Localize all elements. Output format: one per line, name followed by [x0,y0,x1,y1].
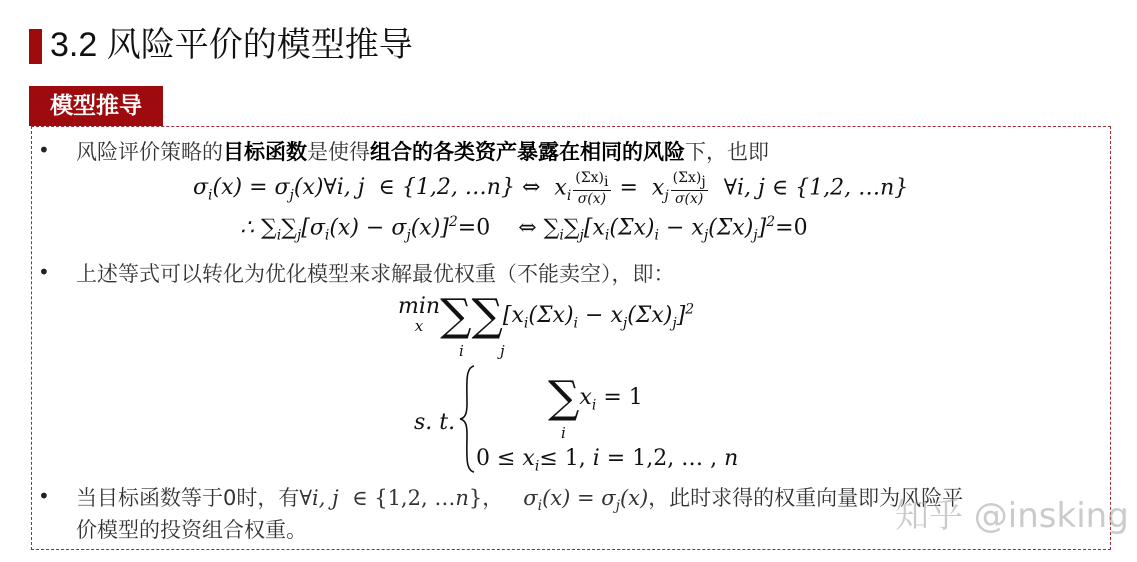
sum-index-i: i [459,342,464,360]
bullet-marker: • [38,260,50,284]
text-segment-bold: 目标函数 [223,140,307,164]
equation-2: ∴ ∑i∑j[σi(x) − σj(x)]2=0 ⇔ ∑i∑j[xi(Σx)i … [240,214,808,244]
equation-1-tail: ∀i, j ∈ {1,2, …n} [724,175,909,200]
fraction-j: (Σx)jσ(x) [671,170,708,207]
text-segment: 下，也即 [685,140,769,164]
bullet-3-line-1: 当目标函数等于0时，有∀i, j ∈ {1,2, …n}， σi(x) = σj… [76,482,963,514]
text-segment-bold: 组合的各类资产暴露在相同的风险 [370,140,685,164]
constraint-brace-icon [459,364,475,474]
text-segment: 是使得 [307,140,370,164]
watermark: 知乎 @insking [895,488,1129,537]
title-accent-bar [29,29,42,64]
page-title: 3.2 风险平价的模型推导 [50,22,413,68]
constraint-1: ∑xi = 1 [548,378,643,418]
bullet-marker: • [38,138,50,162]
section-tag: 模型推导 [29,86,163,126]
fraction-i: (Σx)iσ(x) [573,170,610,207]
bullet-marker: • [38,484,50,508]
bullet-3-line-2: 价模型的投资组合权重。 [76,514,307,544]
sum-index-j: j [500,342,505,360]
bullet-2-text: 上述等式可以转化为优化模型来求解最优权重（不能卖空），即： [76,258,675,288]
equation-1: σi(x) = σj(x)∀i, j ∈ {1,2, …n} ⇔ xi(Σx)i… [193,170,908,207]
st-label: s. t. [414,410,455,435]
constraint-1-index: i [561,424,566,442]
equation-1-left: σi(x) = σj(x)∀i, j ∈ {1,2, …n} ⇔ [193,175,554,200]
constraint-2: 0 ≤ xi≤ 1, i = 1,2, … , n [476,446,738,474]
objective-function: minx∑∑[xi(Σx)i − xj(Σx)j]2 [398,296,694,336]
bullet-1-text: 风险评价策略的目标函数是使得组合的各类资产暴露在相同的风险下，也即 [76,136,769,166]
text-segment: 风险评价策略的 [76,140,223,164]
